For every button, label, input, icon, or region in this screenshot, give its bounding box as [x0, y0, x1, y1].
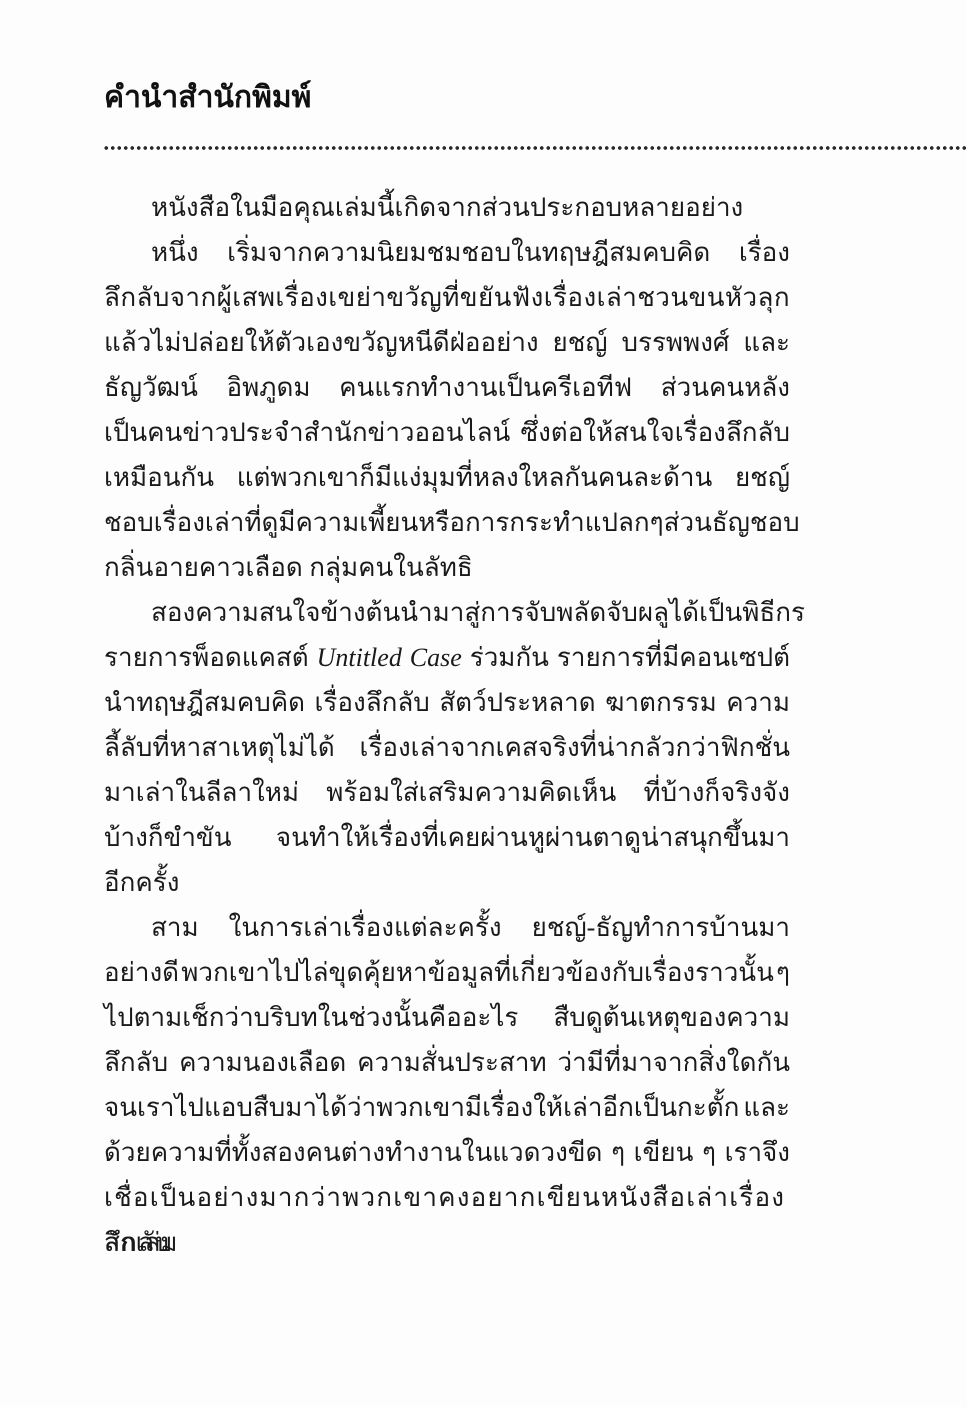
paragraph: หนังสือในมือคุณเล่มนี้เกิดจากส่วนประกอบห…: [104, 185, 790, 230]
text-chunk: เริ่มจากความนิยมชมชอบในทฤษฎีสมคบคิด: [227, 230, 710, 275]
text-chunk: ยชญ์: [735, 455, 790, 500]
text-chunk: จนเราไปแอบสืบมาได้ว่าพวกเขามีเรื่องให้เล…: [104, 1085, 739, 1130]
text-line: อีกครั้ง: [104, 860, 790, 905]
text-chunk: บ้างก็ขำขัน: [104, 815, 231, 860]
text-chunk: สัตว์ประหลาด: [439, 680, 595, 725]
text-line: เชื่อเป็นอย่างมากว่าพวกเขาคงอยากเขียนหนั…: [104, 1175, 790, 1220]
text-chunk: พร้อมใส่เสริมความคิดเห็น: [326, 770, 616, 815]
text-chunk: ร่วมกัน: [470, 635, 549, 680]
text-chunk: ความสนใจข้างต้นนำมาสู่การจับพลัดจับผลูได…: [195, 590, 805, 635]
text-chunk: เรื่อง: [739, 230, 790, 275]
text-chunk: ความสั่นประสาท: [357, 1040, 546, 1085]
text-line: นำทฤษฎีสมคบคิดเรื่องลึกลับสัตว์ประหลาดฆา…: [104, 680, 790, 725]
text-chunk: เหมือนกัน: [104, 455, 214, 500]
text-chunk: ส่วนคนหลัง: [661, 365, 790, 410]
text-chunk: นำทฤษฎีสมคบคิด: [104, 680, 305, 725]
text-line: รายการพ็อดแคสต์UntitledCaseร่วมกันรายการ…: [104, 635, 790, 680]
text-chunk: ๆ: [776, 950, 790, 995]
text-chunk: ชอบเรื่องเล่าที่ดูมีความเพี้ยนหรือการกระ…: [104, 500, 650, 545]
text-chunk: ยชญ์-ธัญทำการบ้านมา: [532, 905, 790, 950]
preface-body: หนังสือในมือคุณเล่มนี้เกิดจากส่วนประกอบห…: [104, 185, 790, 1265]
text-chunk: คนแรกทำงานเป็นครีเอทีฟ: [339, 365, 632, 410]
text-chunk: ว่ามีที่มาจากสิ่งใดกัน: [558, 1040, 790, 1085]
text-chunk: ความนองเลือด: [179, 1040, 346, 1085]
text-chunk: ที่บ้างก็จริงจัง: [643, 770, 790, 815]
text-line: แล้วไม่ปล่อยให้ตัวเองขวัญหนีดีฝ่ออย่างยช…: [104, 320, 790, 365]
text-chunk: ฆาตกรรม: [605, 680, 717, 725]
text-line: หนังสือในมือคุณเล่มนี้เกิดจากส่วนประกอบห…: [104, 185, 790, 230]
text-chunk: จนทำให้เรื่องที่เคยผ่านหูผ่านตาดูน่าสนุก…: [276, 815, 790, 860]
text-line: ไปตามเช็กว่าบริบทในช่วงนั้นคืออะไรสืบดูต…: [104, 995, 790, 1040]
text-chunk: แต่พวกเขาก็มีแง่มุมที่หลงใหลกันคนละด้าน: [237, 455, 713, 500]
text-line: ลึกลับความนองเลือดความสั่นประสาทว่ามีที่…: [104, 1040, 790, 1085]
text-chunk: สอง: [151, 590, 195, 635]
text-line: ลึกลับจากผู้เสพเรื่องเขย่าขวัญที่ขยันฟัง…: [104, 275, 790, 320]
text-chunk: เขียน: [634, 1130, 694, 1175]
podcast-title: Untitled: [317, 635, 402, 680]
text-line: บ้างก็ขำขันจนทำให้เรื่องที่เคยผ่านหูผ่าน…: [104, 815, 790, 860]
text-chunk: อิพภูดม: [227, 365, 311, 410]
text-line: สักเล่ม: [104, 1220, 790, 1265]
text-line: สามในการเล่าเรื่องแต่ละครั้งยชญ์-ธัญทำกา…: [104, 905, 790, 950]
text-chunk: แล้วไม่ปล่อยให้ตัวเองขวัญหนีดีฝ่ออย่าง: [104, 320, 539, 365]
text-chunk: มาเล่าในลีลาใหม่: [104, 770, 299, 815]
text-chunk: ลึกลับ: [104, 1040, 168, 1085]
text-chunk: และ: [743, 1085, 790, 1130]
dotted-divider: [103, 146, 967, 150]
text-line: เป็นคนข่าวประจำสำนักข่าวออนไลน์ซึ่งต่อให…: [104, 410, 790, 455]
text-line: ด้วยความที่ทั้งสองคนต่างทำงานในแวดวงขีดๆ…: [104, 1130, 790, 1175]
text-line: ธัญวัฒน์อิพภูดมคนแรกทำงานเป็นครีเอทีฟส่ว…: [104, 365, 790, 410]
paragraph: สองความสนใจข้างต้นนำมาสู่การจับพลัดจับผล…: [104, 590, 790, 905]
text-line: อย่างดีพวกเขาไปไล่ขุดคุ้ยหาข้อมูลที่เกี่…: [104, 950, 790, 995]
podcast-title: Case: [410, 635, 462, 680]
text-chunk: ยชญ์: [553, 320, 608, 365]
text-chunk: บรรพพงศ์: [621, 320, 729, 365]
text-chunk: เราจึง: [725, 1130, 790, 1175]
text-chunk: เป็นคนข่าวประจำสำนักข่าวออนไลน์: [104, 410, 510, 455]
text-chunk: รายการที่มีคอนเซปต์: [557, 635, 790, 680]
text-chunk: พวกเขาไปไล่ขุดคุ้ยหาข้อมูลที่เกี่ยวข้องก…: [181, 950, 774, 995]
text-line: มาเล่าในลีลาใหม่พร้อมใส่เสริมความคิดเห็น…: [104, 770, 790, 815]
text-line: ลี้ลับที่หาสาเหตุไม่ได้เรื่องเล่าจากเคสจ…: [104, 725, 790, 770]
text-chunk: อย่างดี: [104, 950, 179, 995]
text-chunk: ไปตามเช็กว่าบริบทในช่วงนั้นคืออะไร: [104, 995, 518, 1040]
text-chunk: ลี้ลับที่หาสาเหตุไม่ได้: [104, 725, 335, 770]
book-page: คำนำสำนักพิมพ์ หนังสือในมือคุณเล่มนี้เกิ…: [0, 0, 967, 1407]
text-chunk: ความ: [726, 680, 790, 725]
text-chunk: สืบดูต้นเหตุของความ: [553, 995, 790, 1040]
text-chunk: ด้วยความที่ทั้งสองคนต่างทำงานในแวดวงขีด: [104, 1130, 602, 1175]
text-line: หนึ่งเริ่มจากความนิยมชมชอบในทฤษฎีสมคบคิด…: [104, 230, 790, 275]
text-chunk: ๆ: [702, 1130, 716, 1175]
page-title: คำนำสำนักพิมพ์: [104, 78, 311, 118]
text-chunk: ๆ: [650, 500, 664, 545]
text-chunk: ธัญวัฒน์: [104, 365, 198, 410]
text-chunk: รายการพ็อดแคสต์: [104, 635, 309, 680]
text-chunk: ส่วนธัญชอบ: [664, 500, 800, 545]
text-chunk: เรื่องลึกลับ: [315, 680, 430, 725]
text-chunk: หนึ่ง: [151, 230, 199, 275]
text-chunk: ๆ: [611, 1130, 625, 1175]
text-chunk: ในการเล่าเรื่องแต่ละครั้ง: [229, 905, 502, 950]
text-chunk: เรื่องเล่าจากเคสจริงที่น่ากลัวกว่าฟิกชั่…: [360, 725, 791, 770]
text-line: กลิ่นอายคาวเลือด กลุ่มคนในลัทธิ: [104, 545, 790, 590]
text-chunk: และ: [743, 320, 790, 365]
text-line: สองความสนใจข้างต้นนำมาสู่การจับพลัดจับผล…: [104, 590, 790, 635]
text-line: จนเราไปแอบสืบมาได้ว่าพวกเขามีเรื่องให้เล…: [104, 1085, 790, 1130]
text-line: เหมือนกันแต่พวกเขาก็มีแง่มุมที่หลงใหลกัน…: [104, 455, 790, 500]
paragraph: สามในการเล่าเรื่องแต่ละครั้งยชญ์-ธัญทำกา…: [104, 905, 790, 1265]
paragraph: หนึ่งเริ่มจากความนิยมชมชอบในทฤษฎีสมคบคิด…: [104, 230, 790, 590]
text-line: ชอบเรื่องเล่าที่ดูมีความเพี้ยนหรือการกระ…: [104, 500, 790, 545]
text-chunk: ซึ่งต่อให้สนใจเรื่องลึกลับ: [520, 410, 790, 455]
text-chunk: สาม: [151, 905, 199, 950]
